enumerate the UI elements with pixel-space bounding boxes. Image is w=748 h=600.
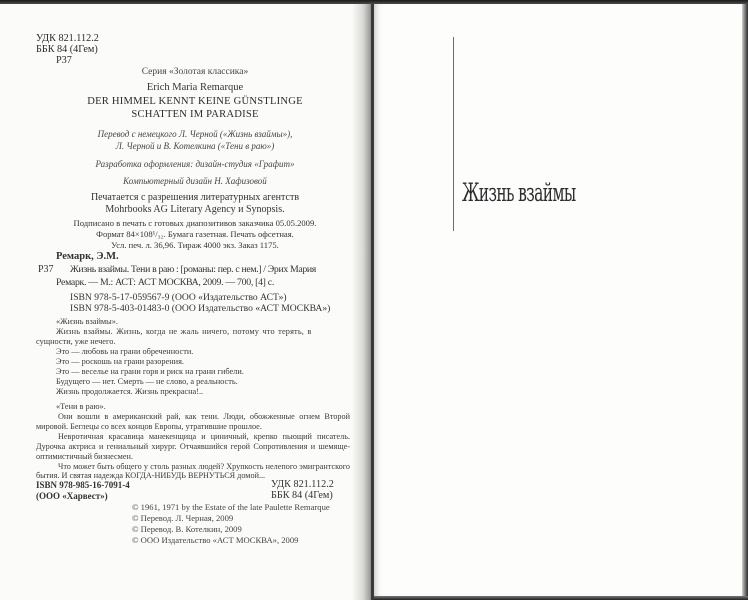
- scan-bottom-edge: [374, 596, 748, 600]
- catalog-line-2: Ремарк. — М.: АСТ: АСТ МОСКВА, 2009. — 7…: [56, 278, 274, 288]
- original-title-1: DER HIMMEL KENNT KEINE GÜNSTLINGE: [40, 97, 350, 108]
- annotation-line: Это — веселье на грани горя и риск на гр…: [56, 368, 244, 376]
- permission-line-1: Печатается с разрешения литературных аге…: [40, 193, 350, 203]
- bottom-udk: УДК 821.112.2: [271, 480, 334, 490]
- catalog-line-1: Жизнь взаймы. Тени в раю : [романы: пер.…: [70, 265, 316, 275]
- annotation-line: Это — роскошь на грани разорения.: [56, 358, 184, 366]
- print-info-2: Формат 84×108¹/₃₂. Бумага газетная. Печа…: [40, 230, 350, 239]
- isbn-ast: ISBN 978-5-17-059567-9 (ООО «Издательств…: [70, 293, 287, 303]
- bbk-code: ББК 84 (4Гем): [36, 44, 99, 55]
- series-name: Серия «Золотая классика»: [40, 68, 350, 78]
- classification-block: УДК 821.112.2 ББК 84 (4Гем) Р37: [36, 33, 99, 66]
- udk-code: УДК 821.112.2: [36, 33, 99, 44]
- print-info-3: Усл. печ. л. 36,96. Тираж 4000 экз. Зака…: [40, 241, 350, 250]
- bottom-bbk: ББК 84 (4Гем): [271, 491, 333, 501]
- translation-credit-1: Перевод с немецкого Л. Черной («Жизнь вз…: [40, 130, 350, 139]
- copyright-line: © Перевод. В. Котелкин, 2009: [132, 525, 242, 534]
- print-info-1: Подписано в печать с готовых диапозитиво…: [40, 219, 350, 228]
- gutter-shadow: [352, 4, 372, 600]
- harvest-publisher: (ООО «Харвест»): [36, 492, 108, 501]
- annotation-title-2: «Тени в раю».: [56, 403, 106, 411]
- annotation-para-2: Они вошли в американский рай, как тени. …: [36, 412, 350, 432]
- annotation-line: Это — любовь на грани обреченности.: [56, 348, 193, 356]
- design-credit: Разработка оформления: дизайн-студия «Гр…: [40, 160, 350, 169]
- annotation-para1-line1: Жизнь взаймы. Жизнь, когда не жаль ничег…: [56, 328, 311, 336]
- permission-line-2: Mohrbooks AG Literary Agency и Synopsis.: [40, 205, 350, 215]
- original-title-2: SCHATTEN IM PARADISE: [40, 110, 350, 121]
- author-mark: Р37: [36, 55, 99, 66]
- annotation-body-2: Они вошли в американский рай, как тени. …: [36, 412, 350, 481]
- copyright-line: © 1961, 1971 by the Estate of the late P…: [132, 503, 330, 512]
- book-title: Жизнь взаймы: [462, 178, 576, 207]
- book-spread: УДК 821.112.2 ББК 84 (4Гем) Р37 Серия «З…: [0, 0, 748, 600]
- scan-right-edge: [742, 4, 748, 600]
- vertical-rule: [453, 37, 454, 231]
- catalog-heading: Ремарк, Э.М.: [56, 252, 119, 263]
- catalog-mark: Р37: [38, 265, 54, 275]
- isbn-harvest: ISBN 978-985-16-7091-4: [36, 481, 130, 490]
- annotation-title-1: «Жизнь взаймы».: [56, 318, 118, 326]
- isbn-ast-moskva: ISBN 978-5-403-01483-0 (ООО Издательство…: [70, 304, 330, 314]
- author-original: Erich Maria Remarque: [40, 83, 350, 94]
- copyright-line: © ООО Издательство «АСТ МОСКВА», 2009: [132, 536, 298, 545]
- annotation-line: Жизнь продолжается. Жизнь прекрасна!..: [56, 388, 203, 396]
- annotation-line: Будущего — нет. Смерть — не слово, а реа…: [56, 378, 238, 386]
- annotation-para1-line2: сущности, уже нечего.: [36, 338, 115, 346]
- translation-credit-2: Л. Черной и В. Котелкина («Тени в раю»): [40, 142, 350, 151]
- annotation-para-3: Невротичная красавица манекенщица и цини…: [36, 432, 350, 462]
- right-page: [374, 4, 742, 596]
- copyright-line: © Перевод. Л. Черная, 2009: [132, 514, 233, 523]
- computer-design-credit: Компьютерный дизайн Н. Хафизовой: [40, 177, 350, 186]
